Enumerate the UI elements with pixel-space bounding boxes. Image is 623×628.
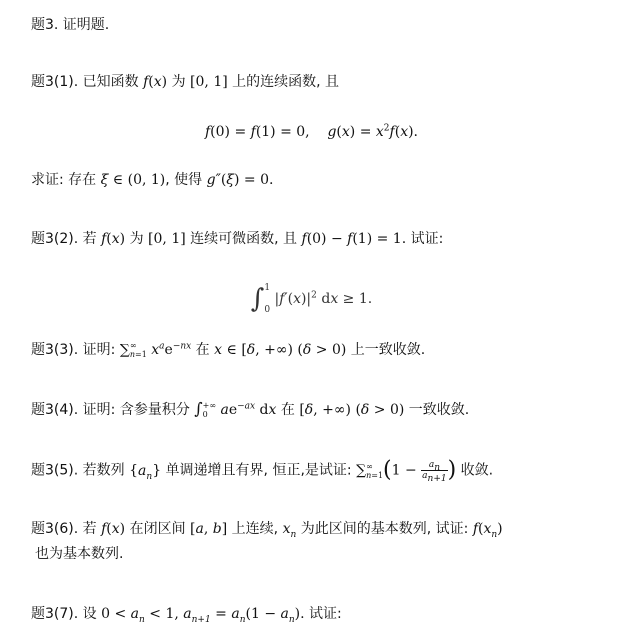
problem-label: 题3(1). <box>31 74 78 90</box>
problem-2: 题3(2). 若 f(x) 为 [0, 1] 连续可微函数, 且 f(0) − … <box>31 230 443 248</box>
problem-6: 题3(6). 若 f(x) 在闭区间 [a, b] 上连续, xn 为此区间的基… <box>31 520 503 538</box>
problem-1-display-equation: f(0) = f(1) = 0, g(x) = x2f(x). <box>0 124 623 140</box>
problem-label: 题3(4). <box>31 402 78 418</box>
problem-label: 题3(6). <box>31 521 78 537</box>
problem-1-conclusion: 求证: 存在 ξ ∈ (0, 1), 使得 g″(ξ) = 0. <box>31 171 273 189</box>
problem-label: 题3(7). <box>31 606 78 622</box>
problem-6-continued: 也为基本数列. <box>35 545 123 563</box>
problem-7: 题3(7). 设 0 < an < 1, an+1 = an(1 − an). … <box>31 605 342 623</box>
problem-label: 题3(3). <box>31 342 78 358</box>
section-title: 题3. 证明题. <box>31 16 109 34</box>
problem-2-display-integral: ∫10 |f′(x)|2 dx ≥ 1. <box>0 277 623 321</box>
problem-3: 题3(3). 证明: ∑∞n=1 xae−nx 在 x ∈ [δ, +∞) (δ… <box>31 341 425 359</box>
problem-label: 题3(2). <box>31 231 78 247</box>
problem-5: 题3(5). 若数列 {an} 单调递增且有界, 恒正,是试证: ∑∞n=1(1… <box>31 460 493 481</box>
problem-label: 题3(5). <box>31 463 78 479</box>
problem-1: 题3(1). 已知函数 f(x) 为 [0, 1] 上的连续函数, 且 <box>31 73 339 91</box>
problem-4: 题3(4). 证明: 含参量积分 ∫+∞0 ae−ax dx 在 [δ, +∞)… <box>31 400 469 419</box>
